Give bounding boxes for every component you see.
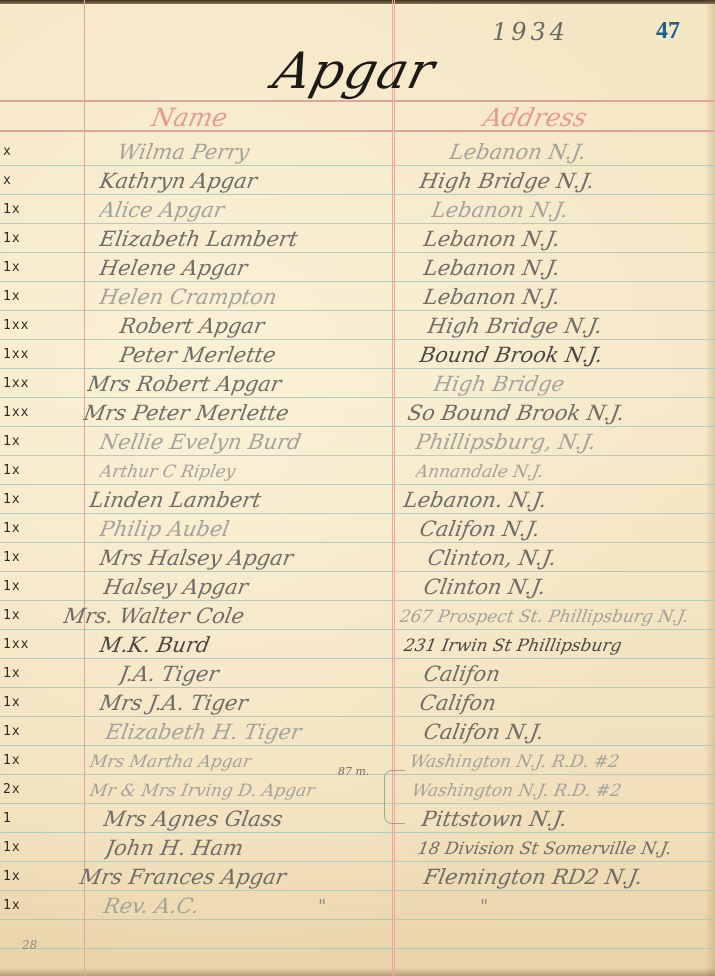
tally-mark: 1xx: [3, 318, 29, 333]
entry-address: Califon: [422, 662, 715, 686]
tally-mark: 1x: [3, 724, 21, 739]
ledger-row: 1xx Mrs Peter Merlette So Bound Brook N.…: [0, 399, 715, 428]
tally-mark: x: [3, 173, 12, 188]
year-label: 1934: [492, 18, 569, 46]
tally-mark: 1x: [3, 434, 21, 449]
entry-name: Philip Aubel: [98, 517, 392, 541]
entry-name: Arthur C Ripley: [98, 462, 392, 482]
ledger-row: x Wilma Perry Lebanon N.J.: [0, 138, 715, 167]
entry-address: 267 Prospect St. Phillipsburg N.J.: [398, 607, 707, 627]
entry-address: Lebanon N.J.: [422, 285, 715, 309]
ledger-page: 1934 47 Apgar Name Address x Wilma Perry…: [0, 0, 715, 976]
ledger-row: 1x Mrs Frances Apgar Flemington RD2 N.J.: [0, 863, 715, 892]
entry-name: J.A. Tiger: [118, 662, 412, 686]
entry-address: Lebanon N.J.: [422, 256, 715, 280]
tally-mark: 1xx: [3, 637, 29, 652]
entry-name: Robert Apgar: [118, 314, 412, 338]
entry-address: Lebanon N.J.: [422, 227, 715, 251]
ledger-row: 1x Alice Apgar Lebanon N.J.: [0, 196, 715, 225]
tally-mark: 1x: [3, 579, 21, 594]
ledger-row: 1xx Peter Merlette Bound Brook N.J.: [0, 341, 715, 370]
entry-address: So Bound Brook N.J.: [406, 401, 715, 425]
ledger-row: x Kathryn Apgar High Bridge N.J.: [0, 167, 715, 196]
entry-name: Kathryn Apgar: [98, 169, 392, 193]
entry-name: M.K. Burd: [98, 633, 392, 657]
tally-total: 28: [22, 938, 37, 952]
entry-address: Flemington RD2 N.J.: [422, 865, 715, 889]
entry-address: Washington N.J. R.D. #2: [410, 781, 715, 801]
entry-address: Pittstown N.J.: [420, 807, 715, 831]
entry-name: Wilma Perry: [116, 140, 410, 164]
entry-name: Mrs Peter Merlette: [82, 401, 376, 425]
tally-mark: 1xx: [3, 376, 29, 391]
tally-mark: 1x: [3, 898, 21, 913]
entry-address: 18 Division St Somerville N.J.: [416, 839, 715, 859]
entry-name: Alice Apgar: [98, 198, 392, 222]
ledger-row: 1x John H. Ham 18 Division St Somerville…: [0, 834, 715, 863]
entry-name: Mrs Frances Apgar: [78, 865, 372, 889]
ledger-row: 1x Elizabeth Lambert Lebanon N.J.: [0, 225, 715, 254]
tally-mark: 1x: [3, 666, 21, 681]
tally-mark: 1x: [3, 753, 21, 768]
ledger-row: 1x Mrs. Walter Cole 267 Prospect St. Phi…: [0, 602, 715, 631]
header-rule-bottom: [0, 130, 715, 132]
tally-mark: 1x: [3, 463, 21, 478]
ledger-row: 1x Helene Apgar Lebanon N.J.: [0, 254, 715, 283]
entry-name: Peter Merlette: [118, 343, 412, 367]
ledger-row: 1x J.A. Tiger Califon: [0, 660, 715, 689]
entry-address: Lebanon. N.J.: [402, 488, 711, 512]
entry-address: High Bridge N.J.: [426, 314, 715, 338]
tally-mark: 1xx: [3, 347, 29, 362]
tally-mark: 1x: [3, 869, 21, 884]
entry-address: Bound Brook N.J.: [418, 343, 715, 367]
ledger-row: 1x Linden Lambert Lebanon. N.J.: [0, 486, 715, 515]
entry-address: Annandale N.J.: [414, 462, 715, 482]
tally-mark: 2x: [3, 782, 21, 797]
column-header-name: Name: [149, 103, 230, 132]
ledger-row: 1 Mrs Agnes Glass Pittstown N.J.: [0, 805, 715, 834]
ledger-row: 1x Mrs Halsey Apgar Clinton, N.J.: [0, 544, 715, 573]
entry-name: Mrs Martha Apgar: [88, 752, 332, 772]
entry-name: Mr & Mrs Irving D. Apgar: [88, 781, 382, 801]
tally-mark: 1x: [3, 695, 21, 710]
entry-address: High Bridge N.J.: [418, 169, 715, 193]
entry-address: Lebanon N.J.: [448, 140, 715, 164]
ledger-row: 1x Mrs J.A. Tiger Califon: [0, 689, 715, 718]
tally-mark: 1x: [3, 521, 21, 536]
ledger-row: 1x Nellie Evelyn Burd Phillipsburg, N.J.: [0, 428, 715, 457]
page-top-edge: [0, 0, 715, 4]
entry-address: Clinton, N.J.: [426, 546, 715, 570]
tally-mark: 1x: [3, 840, 21, 855]
entry-name: Mrs Robert Apgar: [86, 372, 380, 396]
tally-mark: x: [3, 144, 12, 159]
tally-mark: 1x: [3, 260, 21, 275]
ledger-row: 1x Halsey Apgar Clinton N.J.: [0, 573, 715, 602]
entry-address: 231 Irwin St Phillipsburg: [402, 636, 711, 656]
entry-name: John H. Ham: [104, 836, 398, 860]
entry-name: Halsey Apgar: [102, 575, 396, 599]
entry-name: Mrs Agnes Glass: [102, 807, 396, 831]
entry-name: Elizabeth Lambert: [98, 227, 392, 251]
surname-heading: Apgar: [268, 42, 441, 100]
entry-name: Mrs J.A. Tiger: [98, 691, 392, 715]
ditto-mark-name: ": [318, 896, 326, 917]
entry-name: Rev. A.C.: [102, 894, 396, 918]
entry-name: Elizabeth H. Tiger: [104, 720, 398, 744]
tally-mark: 1x: [3, 550, 21, 565]
ledger-row: 1x Arthur C Ripley Annandale N.J.: [0, 457, 715, 486]
tally-mark: 1x: [3, 289, 21, 304]
entry-name: Helen Crampton: [98, 285, 392, 309]
entry-name: Mrs. Walter Cole: [62, 604, 356, 628]
entry-address: Washington N.J. R.D. #2: [408, 752, 715, 772]
ledger-row: 2x Mr & Mrs Irving D. Apgar Washington N…: [0, 776, 715, 805]
ditto-mark-address: ": [480, 896, 488, 917]
tally-mark: 1x: [3, 492, 21, 507]
ledger-row: 1x Philip Aubel Califon N.J.: [0, 515, 715, 544]
entry-address: Phillipsburg, N.J.: [414, 430, 715, 454]
entry-name: Mrs Halsey Apgar: [98, 546, 392, 570]
header-rule-top: [0, 100, 715, 102]
tally-mark: 1x: [3, 231, 21, 246]
column-header-address: Address: [481, 103, 590, 132]
entry-address: Califon: [418, 691, 715, 715]
entry-address: Califon N.J.: [418, 517, 715, 541]
entry-name: Linden Lambert: [88, 488, 382, 512]
tally-mark: 1xx: [3, 405, 29, 420]
tally-mark: 1x: [3, 202, 21, 217]
ledger-row: 1x Elizabeth H. Tiger Califon N.J.: [0, 718, 715, 747]
page-number: 47: [656, 18, 680, 45]
tally-mark: 1: [3, 811, 12, 826]
ledger-row: 1x Helen Crampton Lebanon N.J.: [0, 283, 715, 312]
ledger-row: 1xx Mrs Robert Apgar High Bridge: [0, 370, 715, 399]
page-bottom-edge: [0, 968, 715, 976]
entry-address: Clinton N.J.: [422, 575, 715, 599]
entry-address: Califon N.J.: [422, 720, 715, 744]
entry-address: High Bridge: [432, 372, 715, 396]
entry-address: Lebanon N.J.: [430, 198, 715, 222]
tally-mark: 1x: [3, 608, 21, 623]
ledger-row: 1x Rev. A.C. " ": [0, 892, 715, 921]
entry-name: Nellie Evelyn Burd: [98, 430, 392, 454]
ledger-row: 1xx M.K. Burd 231 Irwin St Phillipsburg: [0, 631, 715, 660]
entry-name: Helene Apgar: [98, 256, 392, 280]
ledger-row: 1xx Robert Apgar High Bridge N.J.: [0, 312, 715, 341]
